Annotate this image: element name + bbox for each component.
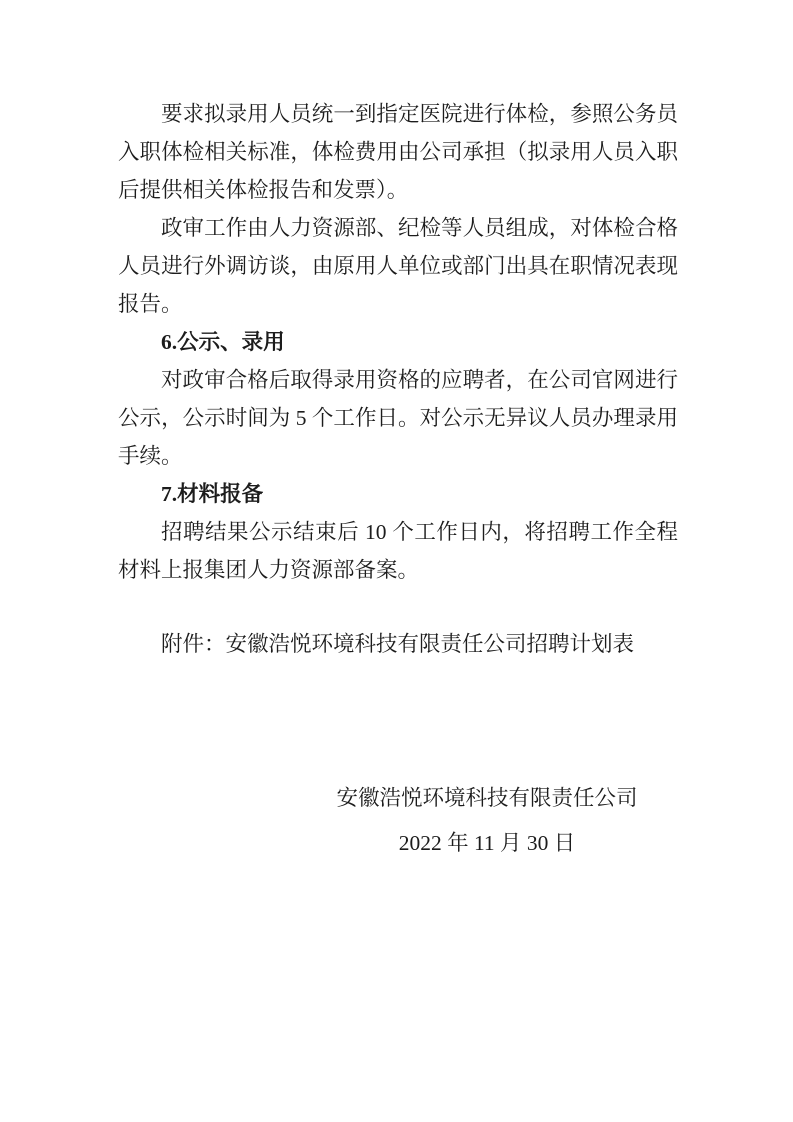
document-page: 要求拟录用人员统一到指定医院进行体检，参照公务员入职体检相关标准，体检费用由公司…	[0, 0, 793, 1122]
document-body: 要求拟录用人员统一到指定医院进行体检，参照公务员入职体检相关标准，体检费用由公司…	[118, 95, 678, 663]
section-heading-6-public-notice-hiring: 6.公示、录用	[118, 323, 678, 361]
paragraph-political-review: 政审工作由人力资源部、纪检等人员组成，对体检合格人员进行外调访谈，由原用人单位或…	[118, 209, 678, 323]
paragraph-medical-exam: 要求拟录用人员统一到指定医院进行体检，参照公务员入职体检相关标准，体检费用由公司…	[118, 95, 678, 209]
section-heading-7-material-filing: 7.材料报备	[118, 475, 678, 513]
paragraph-public-notice: 对政审合格后取得录用资格的应聘者，在公司官网进行公示，公示时间为 5 个工作日。…	[118, 361, 678, 475]
signature-date: 2022 年 11 月 30 日	[287, 821, 687, 866]
attachment-line: 附件：安徽浩悦环境科技有限责任公司招聘计划表	[118, 625, 678, 663]
signature-company-name: 安徽浩悦环境科技有限责任公司	[287, 776, 687, 821]
paragraph-material-filing: 招聘结果公示结束后 10 个工作日内，将招聘工作全程材料上报集团人力资源部备案。	[118, 513, 678, 589]
signature-block: 安徽浩悦环境科技有限责任公司 2022 年 11 月 30 日	[287, 776, 687, 866]
